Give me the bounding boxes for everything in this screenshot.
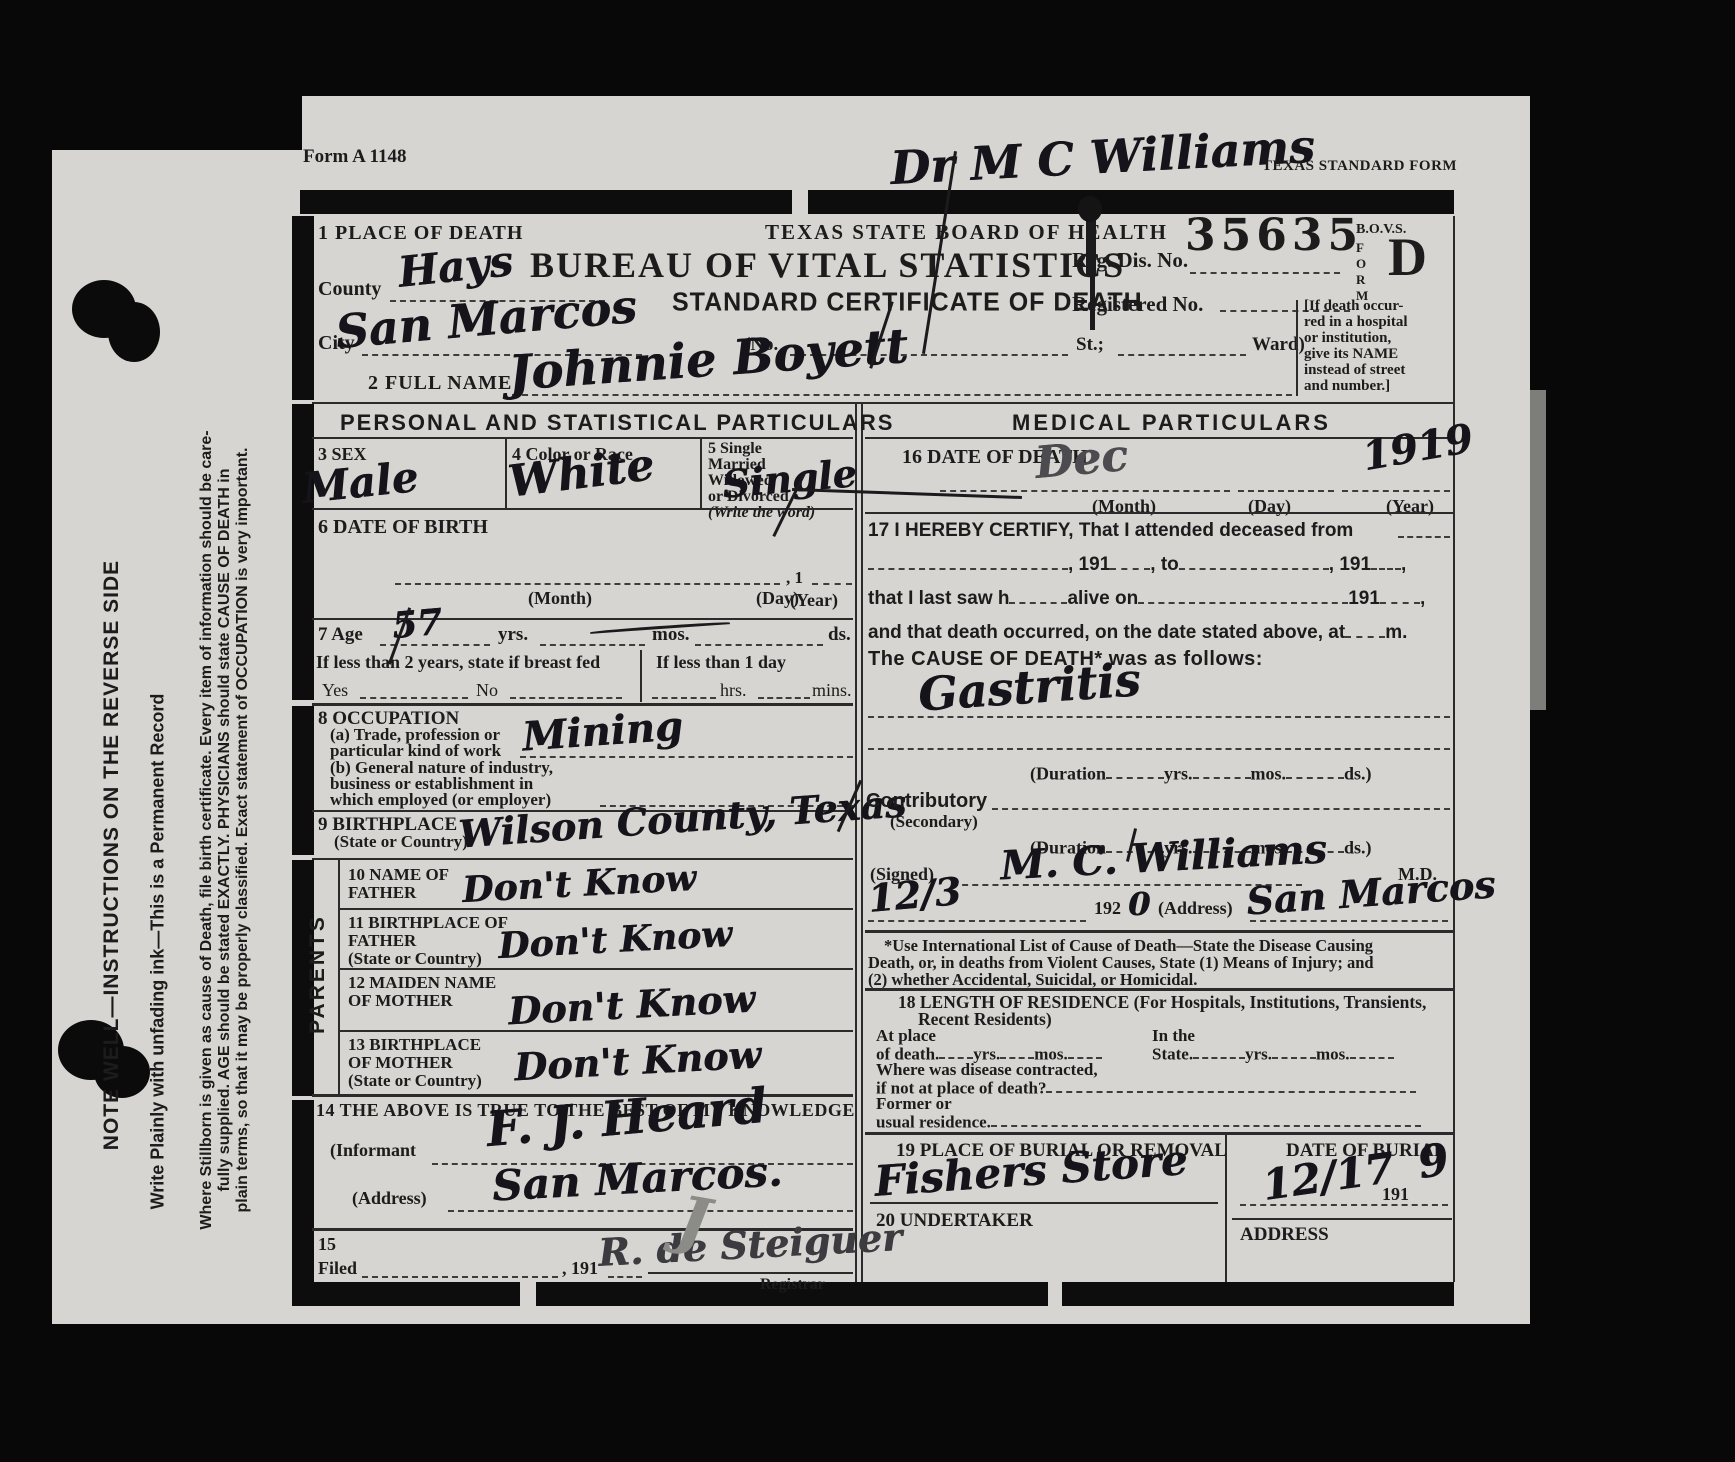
rule: [338, 908, 853, 910]
contracted-line: if not at place of death?: [876, 1077, 1416, 1098]
blank: [939, 1043, 973, 1059]
hrs-label: hrs.: [720, 680, 747, 701]
cell-divider: [640, 650, 642, 702]
father-name-label: 10 NAME OF FATHER: [348, 866, 449, 902]
certify-line3: that I last saw halive on191,: [868, 586, 1425, 610]
contributory-blank: [992, 808, 1450, 810]
in-the-line: State.yrs.mos.: [1152, 1043, 1394, 1064]
informant-address-label: (Address): [352, 1188, 427, 1209]
label-line: OF MOTHER: [348, 992, 496, 1010]
margin-write-plainly: Write Plainly with unfading ink—This is …: [148, 552, 169, 1352]
blank: [1286, 762, 1344, 779]
footnote-line3: (2) whether Accidental, Suicidal, or Hom…: [868, 970, 1197, 990]
blank: [868, 552, 1068, 570]
rule: [338, 968, 853, 970]
blank: [1110, 552, 1150, 570]
county-value-handwriting: Hays: [396, 240, 515, 294]
bracket-divider: [1296, 300, 1298, 396]
street-label: St.;: [1076, 334, 1104, 356]
cell-divider: [700, 439, 702, 508]
full-name-blank: [512, 394, 1292, 396]
scanned-death-certificate: NOTE WELL—INSTRUCTIONS ON THE REVERSE SI…: [0, 0, 1735, 1462]
ds-label: ds.): [1344, 763, 1372, 783]
label-line: (State or Country): [348, 1072, 482, 1090]
bracket-line: and number.]: [1304, 378, 1408, 394]
blank: [1068, 1043, 1102, 1059]
signed-year-digit-handwriting: 0: [1128, 888, 1150, 920]
margin-instructions: Where Stillborn is given as cause of Dea…: [198, 195, 252, 1462]
signed-date-handwriting: 12/3: [867, 872, 963, 918]
death-year-blank: [1342, 490, 1450, 492]
blank: [1106, 762, 1164, 779]
margin-note-well: NOTE WELL—INSTRUCTIONS ON THE REVERSE SI…: [100, 390, 124, 1320]
column-divider: [861, 402, 863, 1282]
full-name-label: 2 FULL NAME: [368, 372, 512, 395]
duration-line: (Durationyrs.mos.ds.): [1030, 762, 1372, 784]
blank: [1046, 1077, 1416, 1093]
printed-191: 191: [1348, 588, 1380, 609]
item-15-label: 15: [318, 1234, 336, 1255]
signed-address-label: (Address): [1158, 898, 1233, 919]
filed-year-blank: [608, 1276, 642, 1278]
filed-label: Filed: [318, 1258, 357, 1279]
burial-191: 191: [1382, 1184, 1409, 1205]
blank: [1179, 552, 1329, 570]
yes-blank: [360, 697, 468, 699]
filed-blank: [362, 1276, 558, 1278]
blank: [1371, 552, 1401, 570]
printed-text: that I last saw h: [868, 588, 1009, 609]
printed-191: , 191: [1329, 554, 1371, 575]
bovs-form-letter: O: [1356, 256, 1366, 272]
frame-bar: [292, 404, 314, 700]
cause-blank2: [868, 748, 1450, 750]
printed-text: m.: [1385, 622, 1407, 643]
blank: [1193, 1043, 1245, 1059]
medical-section-header: MEDICAL PARTICULARS: [1012, 410, 1331, 436]
secondary-label: (Secondary): [890, 812, 978, 832]
duration-label: (Duration: [1030, 763, 1106, 783]
frame-bar: [292, 706, 314, 855]
birthplace-sub-label: (State or Country): [334, 832, 468, 852]
dob-year-label: (Year): [790, 590, 838, 611]
no-blank: [510, 697, 622, 699]
death-month-handwriting: Dec: [1033, 434, 1129, 486]
blank: [1000, 1043, 1034, 1059]
registrar-label: Registrar: [760, 1276, 825, 1294]
informant-label: (Informant: [330, 1140, 416, 1161]
dob-year-blank: [812, 583, 852, 585]
film-edge-right-sliver: [1530, 390, 1546, 710]
parents-divider: [338, 860, 340, 1094]
printed-text: alive on: [1067, 588, 1138, 609]
printed-191: , 191: [1068, 554, 1110, 575]
contributory-label: Contributory: [866, 790, 987, 813]
yrs-label: yrs.: [1164, 763, 1193, 783]
frame-bar: [292, 216, 314, 400]
certify-line4: and that death occurred, on the date sta…: [868, 620, 1407, 644]
frame-border-right: [1453, 216, 1455, 1282]
registrar-line: [648, 1272, 853, 1274]
certify-line1-blank: [1398, 536, 1450, 538]
blank: [1350, 1043, 1394, 1059]
label-line: 10 NAME OF: [348, 866, 449, 884]
texas-standard-form-label: TEXAS STANDARD FORM: [1262, 158, 1457, 175]
rule: [338, 1030, 853, 1032]
mins-label: mins.: [812, 680, 852, 701]
bovs-form-letter: F: [1356, 240, 1364, 256]
label-line: (State or Country): [348, 950, 508, 968]
printed-to: , to: [1150, 554, 1179, 575]
ink-drip: [1090, 274, 1095, 330]
column-divider: [855, 402, 857, 1282]
county-label: County: [318, 278, 381, 301]
ink-blob: [108, 302, 160, 362]
label-line: OF MOTHER: [348, 1054, 482, 1072]
date-of-birth-label: 6 DATE OF BIRTH: [318, 516, 488, 539]
label-line: FATHER: [348, 884, 449, 902]
ds-label: ds.): [1344, 837, 1372, 857]
burial-line: [870, 1202, 1218, 1204]
film-edge-top-left: [52, 96, 302, 150]
blank: [1193, 762, 1251, 779]
street-blank: [1118, 354, 1246, 356]
bracket-line: [If death occur-: [1304, 298, 1408, 314]
label-line: 13 BIRTHPLACE: [348, 1036, 482, 1054]
label-line: FATHER: [348, 932, 508, 950]
burial-date-blank: [1240, 1204, 1448, 1206]
age-ds-blank: [695, 644, 823, 646]
printed-text: and that death occurred, on the date sta…: [868, 622, 1345, 643]
blank: [991, 1111, 1421, 1127]
rule: [865, 988, 1453, 991]
cause-blank: [868, 716, 1450, 718]
reg-dis-value: 35635: [1185, 210, 1363, 261]
blank: [1009, 586, 1067, 604]
certify-line1: 17 I HEREBY CERTIFY, That I attended dec…: [868, 520, 1353, 542]
rule: [312, 508, 853, 510]
certify-line2: , 191, to, 191,: [868, 552, 1406, 576]
parents-vertical-label: PARENTS: [306, 904, 330, 1044]
printed-text: usual residence.: [876, 1112, 991, 1131]
frame-bar: [300, 1282, 520, 1306]
undertaker-label: 20 UNDERTAKER: [876, 1210, 1033, 1232]
signed-date-blank: [868, 920, 1086, 922]
sex-value-handwriting: Male: [300, 456, 420, 510]
occupation-value-handwriting: Mining: [521, 706, 684, 757]
margin-instruction-line: fully supplied. AGE should be stated EXA…: [216, 195, 234, 1462]
age-label: 7 Age: [318, 624, 363, 646]
bracket-line: or institution,: [1304, 330, 1408, 346]
mother-birthplace-label: 13 BIRTHPLACE OF MOTHER (State or Countr…: [348, 1036, 482, 1090]
yrs-label: yrs.: [1245, 1044, 1272, 1063]
personal-section-header: PERSONAL AND STATISTICAL PARTICULARS: [340, 410, 894, 436]
rule: [312, 858, 853, 860]
bovs-form-d: D: [1388, 226, 1427, 288]
bracket-line: instead of street: [1304, 362, 1408, 378]
father-birthplace-label: 11 BIRTHPLACE OF FATHER (State or Countr…: [348, 914, 508, 968]
label-line: 11 BIRTHPLACE OF: [348, 914, 508, 932]
reg-dis-blank: [1190, 272, 1340, 274]
form-number: Form A 1148: [303, 146, 406, 168]
no-label: No: [476, 680, 498, 701]
burial-address-label: ADDRESS: [1240, 1224, 1329, 1246]
residence-label-line2: Recent Residents): [918, 1009, 1052, 1030]
rule: [865, 1132, 1453, 1135]
cause-of-death-value-handwriting: Gastritis: [917, 656, 1142, 717]
dob-year-prefix: , 1: [786, 568, 803, 588]
lessday-label: If less than 1 day: [656, 652, 786, 673]
bracket-line: give its NAME: [1304, 346, 1408, 362]
bovs-form-letter: R: [1356, 272, 1365, 288]
mos-label: mos.: [1251, 763, 1287, 783]
former-line: usual residence.: [876, 1111, 1421, 1132]
label-line: 12 MAIDEN NAME: [348, 974, 496, 992]
informant-address-blank: [448, 1210, 853, 1212]
ink-drip: [1086, 214, 1096, 276]
rule: [312, 437, 853, 439]
frame-bar: [300, 190, 792, 214]
blank: [1345, 620, 1385, 638]
age-yrs-label: yrs.: [498, 624, 528, 646]
printed-text: State.: [1152, 1044, 1193, 1063]
rule: [865, 930, 1453, 933]
dob-month-label: (Month): [528, 588, 592, 609]
burial-address-line: [1232, 1218, 1452, 1220]
marital-value-handwriting: Single: [721, 454, 859, 504]
age-ds-label: ds.: [828, 624, 851, 646]
rule: [312, 703, 853, 706]
printed-comma: ,: [1401, 554, 1406, 575]
blank: [1272, 1043, 1316, 1059]
bracket-line: red in a hospital: [1304, 314, 1408, 330]
margin-instruction-line: plain terms, so that it may be properly …: [234, 195, 252, 1462]
board-title: TEXAS STATE BOARD OF HEALTH: [765, 220, 1168, 245]
mother-maiden-label: 12 MAIDEN NAME OF MOTHER: [348, 974, 496, 1010]
death-month-blank: [940, 490, 1230, 492]
printed-192: 192: [1094, 898, 1121, 919]
blank: [1380, 586, 1420, 604]
printed-comma: ,: [1420, 588, 1425, 609]
rule: [312, 402, 1454, 404]
hrs-blank: [652, 697, 716, 699]
hospital-bracket-note: [If death occur- red in a hospital or in…: [1304, 298, 1408, 394]
mins-blank: [758, 697, 810, 699]
frame-bar: [292, 1100, 314, 1306]
rule: [865, 512, 1453, 514]
breastfed-label: If less than 2 years, state if breast fe…: [316, 652, 600, 673]
blank: [1138, 586, 1348, 604]
margin-instruction-line: Where Stillborn is given as cause of Dea…: [198, 195, 216, 1462]
frame-bar: [1062, 1282, 1454, 1306]
death-day-blank: [1238, 490, 1334, 492]
filed-191: , 191: [562, 1258, 598, 1279]
age-mos-blank: [540, 644, 645, 646]
mos-label: mos.: [1316, 1044, 1350, 1063]
ink-drip-head: [1078, 196, 1102, 222]
dob-blank: [395, 583, 780, 585]
yes-label: Yes: [322, 680, 348, 701]
